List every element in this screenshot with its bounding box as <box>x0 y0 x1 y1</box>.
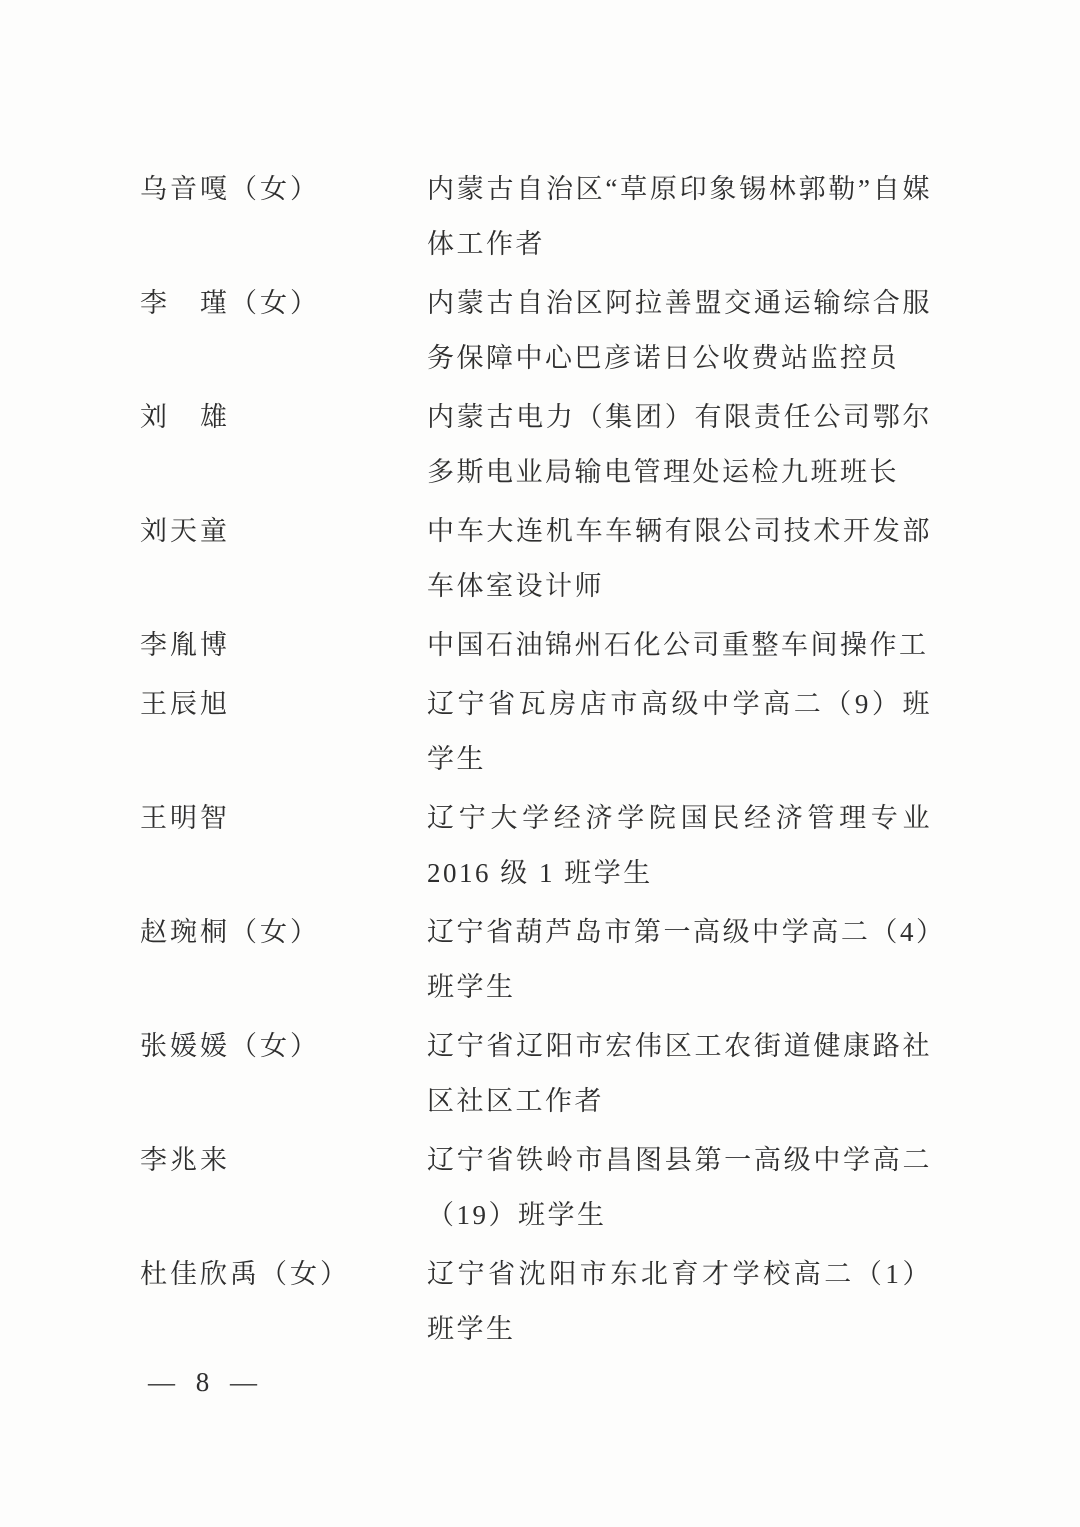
list-item: 张媛媛（女） 辽宁省辽阳市宏伟区工农街道健康路社区社区工作者 <box>140 1019 952 1129</box>
person-affiliation: 内蒙古电力（集团）有限责任公司鄂尔多斯电业局输电管理处运检九班班长 <box>427 390 932 500</box>
awardee-list: 乌音嘎（女） 内蒙古自治区“草原印象锡林郭勒”自媒体工作者 李 瑾（女） 内蒙古… <box>140 162 952 1361</box>
person-name: 刘天童 <box>140 504 427 559</box>
list-item: 杜佳欣禹（女） 辽宁省沈阳市东北育才学校高二（1）班学生 <box>140 1247 952 1357</box>
person-name: 李 瑾（女） <box>140 276 427 331</box>
person-affiliation: 中车大连机车车辆有限公司技术开发部车体室设计师 <box>427 504 932 614</box>
list-item: 王明智 辽宁大学经济学院国民经济管理专业 2016 级 1 班学生 <box>140 791 952 901</box>
person-affiliation: 辽宁省辽阳市宏伟区工农街道健康路社区社区工作者 <box>427 1019 932 1129</box>
person-affiliation: 内蒙古自治区“草原印象锡林郭勒”自媒体工作者 <box>427 162 932 272</box>
list-item: 李胤博 中国石油锦州石化公司重整车间操作工 <box>140 618 952 673</box>
list-item: 乌音嘎（女） 内蒙古自治区“草原印象锡林郭勒”自媒体工作者 <box>140 162 952 272</box>
document-page: 乌音嘎（女） 内蒙古自治区“草原印象锡林郭勒”自媒体工作者 李 瑾（女） 内蒙古… <box>0 0 1080 1527</box>
person-affiliation: 内蒙古自治区阿拉善盟交通运输综合服务保障中心巴彦诺日公收费站监控员 <box>427 276 932 386</box>
person-affiliation: 辽宁省沈阳市东北育才学校高二（1）班学生 <box>427 1247 932 1357</box>
person-name: 赵琬桐（女） <box>140 905 427 960</box>
person-name: 王明智 <box>140 791 427 846</box>
person-name: 杜佳欣禹（女） <box>140 1247 427 1302</box>
list-item: 刘天童 中车大连机车车辆有限公司技术开发部车体室设计师 <box>140 504 952 614</box>
person-affiliation: 中国石油锦州石化公司重整车间操作工 <box>427 618 932 673</box>
list-item: 刘 雄 内蒙古电力（集团）有限责任公司鄂尔多斯电业局输电管理处运检九班班长 <box>140 390 952 500</box>
person-affiliation: 辽宁大学经济学院国民经济管理专业 2016 级 1 班学生 <box>427 791 932 901</box>
person-name: 李兆来 <box>140 1133 427 1188</box>
page-number: — 8 — <box>148 1362 259 1402</box>
person-affiliation: 辽宁省葫芦岛市第一高级中学高二（4）班学生 <box>427 905 932 1015</box>
person-name: 张媛媛（女） <box>140 1019 427 1074</box>
person-name: 李胤博 <box>140 618 427 673</box>
person-name: 乌音嘎（女） <box>140 162 427 217</box>
list-item: 王辰旭 辽宁省瓦房店市高级中学高二（9）班学生 <box>140 677 952 787</box>
person-name: 刘 雄 <box>140 390 427 445</box>
person-affiliation: 辽宁省瓦房店市高级中学高二（9）班学生 <box>427 677 932 787</box>
person-name: 王辰旭 <box>140 677 427 732</box>
list-item: 李兆来 辽宁省铁岭市昌图县第一高级中学高二（19）班学生 <box>140 1133 952 1243</box>
list-item: 赵琬桐（女） 辽宁省葫芦岛市第一高级中学高二（4）班学生 <box>140 905 952 1015</box>
person-affiliation: 辽宁省铁岭市昌图县第一高级中学高二（19）班学生 <box>427 1133 932 1243</box>
list-item: 李 瑾（女） 内蒙古自治区阿拉善盟交通运输综合服务保障中心巴彦诺日公收费站监控员 <box>140 276 952 386</box>
